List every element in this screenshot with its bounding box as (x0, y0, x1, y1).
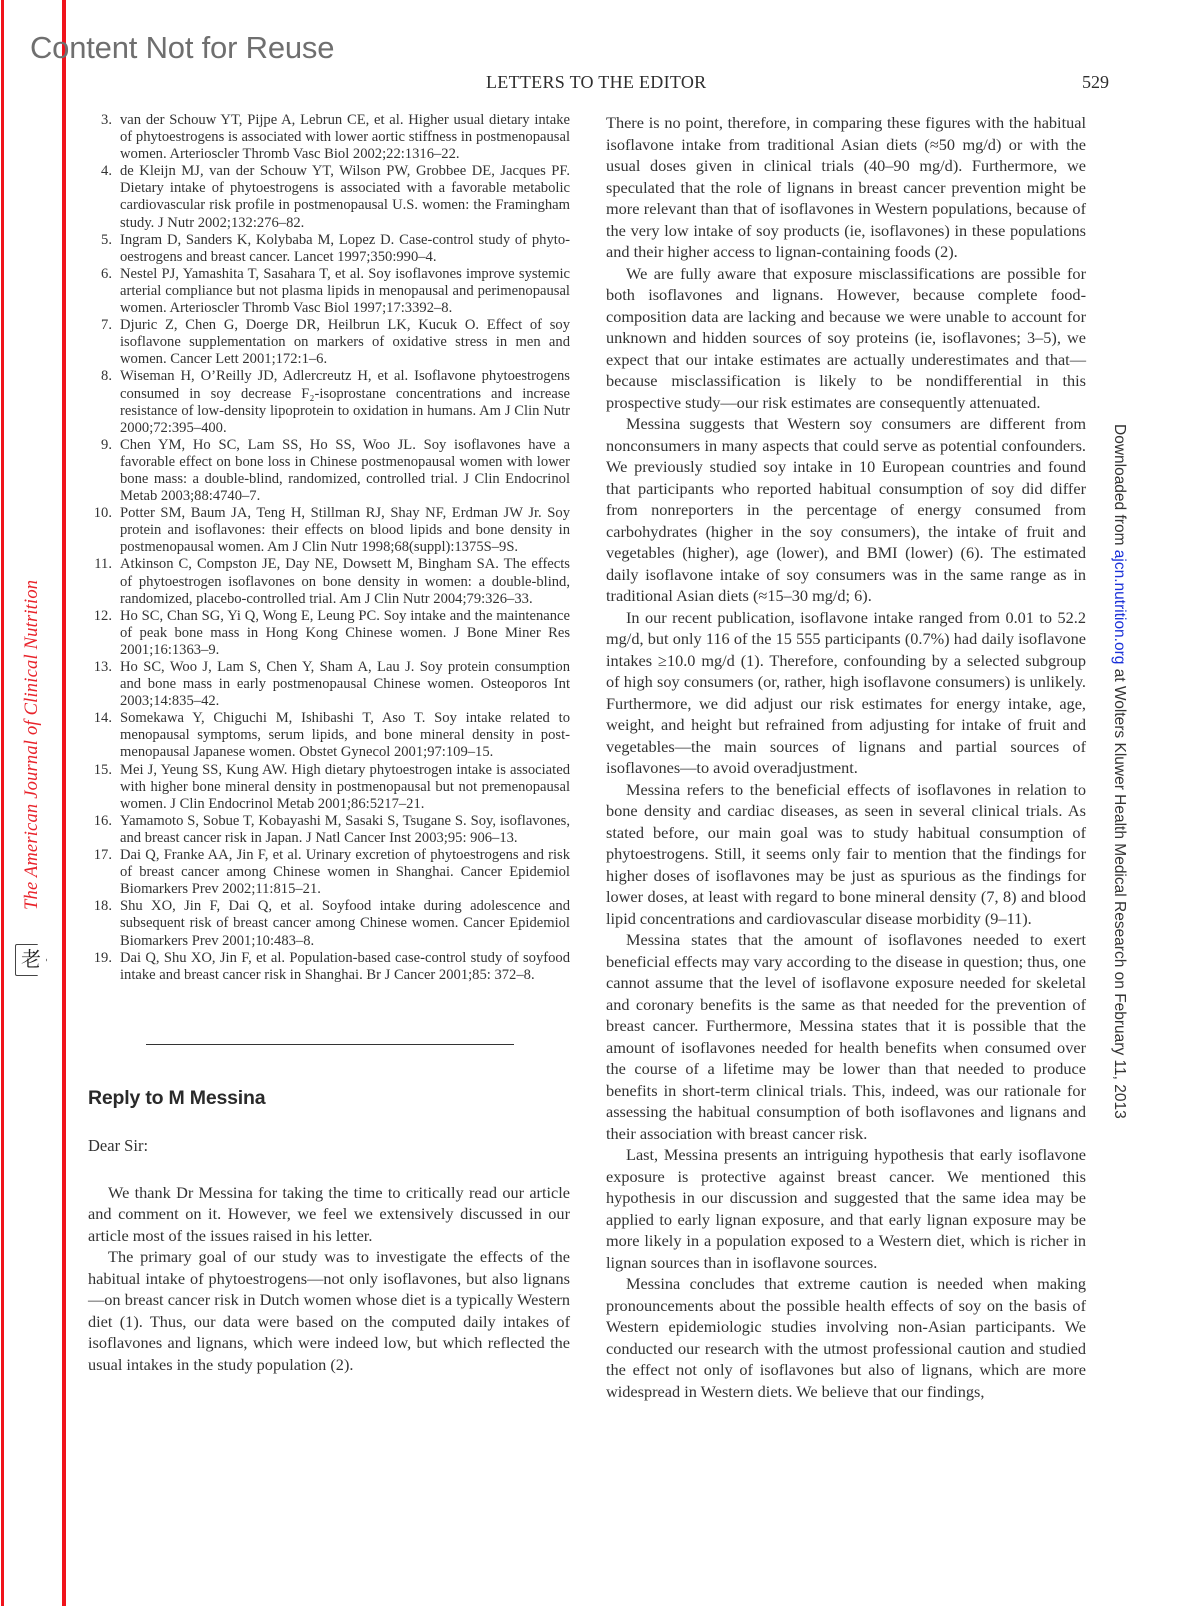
reference-item: 17.Dai Q, Franke AA, Jin F, et al. Urina… (88, 847, 570, 898)
reference-text: Nestel PJ, Yamashita T, Sasahara T, et a… (120, 266, 570, 316)
body-paragraph: We are fully aware that exposure misclas… (606, 263, 1086, 414)
page-number: 529 (1082, 72, 1109, 93)
body-paragraph: Messina refers to the beneficial effects… (606, 779, 1086, 930)
download-suffix: at Wolters Kluwer Health Medical Researc… (1111, 664, 1128, 1118)
reference-item: 6.Nestel PJ, Yamashita T, Sasahara T, et… (88, 266, 570, 317)
reference-text: Mei J, Yeung SS, Kung AW. High dietary p… (120, 762, 570, 812)
reference-text: Ho SC, Woo J, Lam S, Chen Y, Sham A, Lau… (120, 659, 570, 709)
reference-item: 4.de Kleijn MJ, van der Schouw YT, Wilso… (88, 163, 570, 231)
body-paragraph: We thank Dr Messina for taking the time … (88, 1182, 570, 1247)
body-paragraph: Messina states that the amount of isofla… (606, 929, 1086, 1144)
reference-text: Ho SC, Chan SG, Yi Q, Wong E, Leung PC. … (120, 608, 570, 658)
reference-item: 19.Dai Q, Shu XO, Jin F, et al. Populati… (88, 950, 570, 984)
reference-item: 5.Ingram D, Sanders K, Kolybaba M, Lopez… (88, 232, 570, 266)
reference-item: 3.van der Schouw YT, Pijpe A, Lebrun CE,… (88, 112, 570, 163)
reference-number: 5. (88, 232, 112, 249)
journal-title-vertical: The American Journal of Clinical Nutriti… (22, 580, 43, 910)
body-paragraph: In our recent publication, isoflavone in… (606, 607, 1086, 779)
reference-item: 16.Yamamoto S, Sobue T, Kobayashi M, Sas… (88, 813, 570, 847)
reference-item: 18.Shu XO, Jin F, Dai Q, et al. Soyfood … (88, 898, 570, 949)
running-head: LETTERS TO THE EDITOR (486, 72, 706, 93)
reference-text: Yamamoto S, Sobue T, Kobayashi M, Sasaki… (120, 813, 570, 846)
reference-text: Chen YM, Ho SC, Lam SS, Ho SS, Woo JL. S… (120, 437, 570, 504)
reference-item: 8.Wiseman H, O’Reilly JD, Adlercreutz H,… (88, 368, 570, 436)
download-source-link[interactable]: ajcn.nutrition.org (1111, 550, 1128, 665)
reference-item: 14.Somekawa Y, Chiguchi M, Ishibashi T, … (88, 710, 570, 761)
reference-number: 18. (88, 898, 112, 915)
left-column: 3.van der Schouw YT, Pijpe A, Lebrun CE,… (88, 112, 570, 1375)
left-margin-rule-outer (1, 0, 4, 1606)
body-paragraph: The primary goal of our study was to inv… (88, 1246, 570, 1375)
reference-text: Atkinson C, Compston JE, Day NE, Dowsett… (120, 556, 570, 606)
watermark: Content Not for Reuse (30, 30, 334, 66)
reference-number: 16. (88, 813, 112, 830)
reference-number: 8. (88, 368, 112, 385)
reference-text: Dai Q, Shu XO, Jin F, et al. Population-… (120, 950, 570, 983)
reference-number: 3. (88, 112, 112, 129)
reference-number: 17. (88, 847, 112, 864)
reference-item: 11.Atkinson C, Compston JE, Day NE, Dows… (88, 556, 570, 607)
body-paragraph: Messina suggests that Western soy consum… (606, 413, 1086, 607)
reference-number: 13. (88, 659, 112, 676)
left-margin-rule-inner (62, 0, 66, 1606)
reference-item: 7.Djuric Z, Chen G, Doerge DR, Heilbrun … (88, 317, 570, 368)
reference-number: 14. (88, 710, 112, 727)
reference-text: van der Schouw YT, Pijpe A, Lebrun CE, e… (120, 112, 570, 162)
journal-logo-glyph: 老 (21, 950, 41, 970)
reference-item: 10.Potter SM, Baum JA, Teng H, Stillman … (88, 505, 570, 556)
reference-number: 19. (88, 950, 112, 967)
reference-text: Djuric Z, Chen G, Doerge DR, Heilbrun LK… (120, 317, 570, 367)
body-paragraph: Messina concludes that extreme caution i… (606, 1273, 1086, 1402)
reference-text: Somekawa Y, Chiguchi M, Ishibashi T, Aso… (120, 710, 570, 760)
download-prefix: Downloaded from (1111, 424, 1128, 550)
body-paragraph: Last, Messina presents an intriguing hyp… (606, 1144, 1086, 1273)
reference-number: 10. (88, 505, 112, 522)
reference-item: 15.Mei J, Yeung SS, Kung AW. High dietar… (88, 762, 570, 813)
reference-number: 9. (88, 437, 112, 454)
reference-item: 13.Ho SC, Woo J, Lam S, Chen Y, Sham A, … (88, 659, 570, 710)
reference-number: 6. (88, 266, 112, 283)
reference-number: 11. (88, 556, 112, 573)
reference-number: 7. (88, 317, 112, 334)
section-divider (146, 1044, 514, 1045)
reference-text: Wiseman H, O’Reilly JD, Adlercreutz H, e… (120, 368, 570, 435)
reply-title: Reply to M Messina (88, 1087, 570, 1110)
right-column: There is no point, therefore, in compari… (606, 112, 1086, 1402)
reference-text: Potter SM, Baum JA, Teng H, Stillman RJ,… (120, 505, 570, 555)
reference-text: de Kleijn MJ, van der Schouw YT, Wilson … (120, 163, 570, 230)
journal-logo-icon: 老 (15, 944, 47, 976)
reference-item: 9.Chen YM, Ho SC, Lam SS, Ho SS, Woo JL.… (88, 437, 570, 505)
reference-text: Ingram D, Sanders K, Kolybaba M, Lopez D… (120, 232, 570, 265)
reference-number: 4. (88, 163, 112, 180)
body-paragraph: There is no point, therefore, in compari… (606, 112, 1086, 263)
reference-text: Dai Q, Franke AA, Jin F, et al. Urinary … (120, 847, 570, 897)
reference-number: 12. (88, 608, 112, 625)
reference-number: 15. (88, 762, 112, 779)
salutation: Dear Sir: (88, 1136, 570, 1156)
reference-item: 12.Ho SC, Chan SG, Yi Q, Wong E, Leung P… (88, 608, 570, 659)
reference-list: 3.van der Schouw YT, Pijpe A, Lebrun CE,… (88, 112, 570, 984)
reference-text: Shu XO, Jin F, Dai Q, et al. Soyfood int… (120, 898, 570, 948)
download-notice: Downloaded from ajcn.nutrition.org at Wo… (1110, 424, 1128, 1119)
